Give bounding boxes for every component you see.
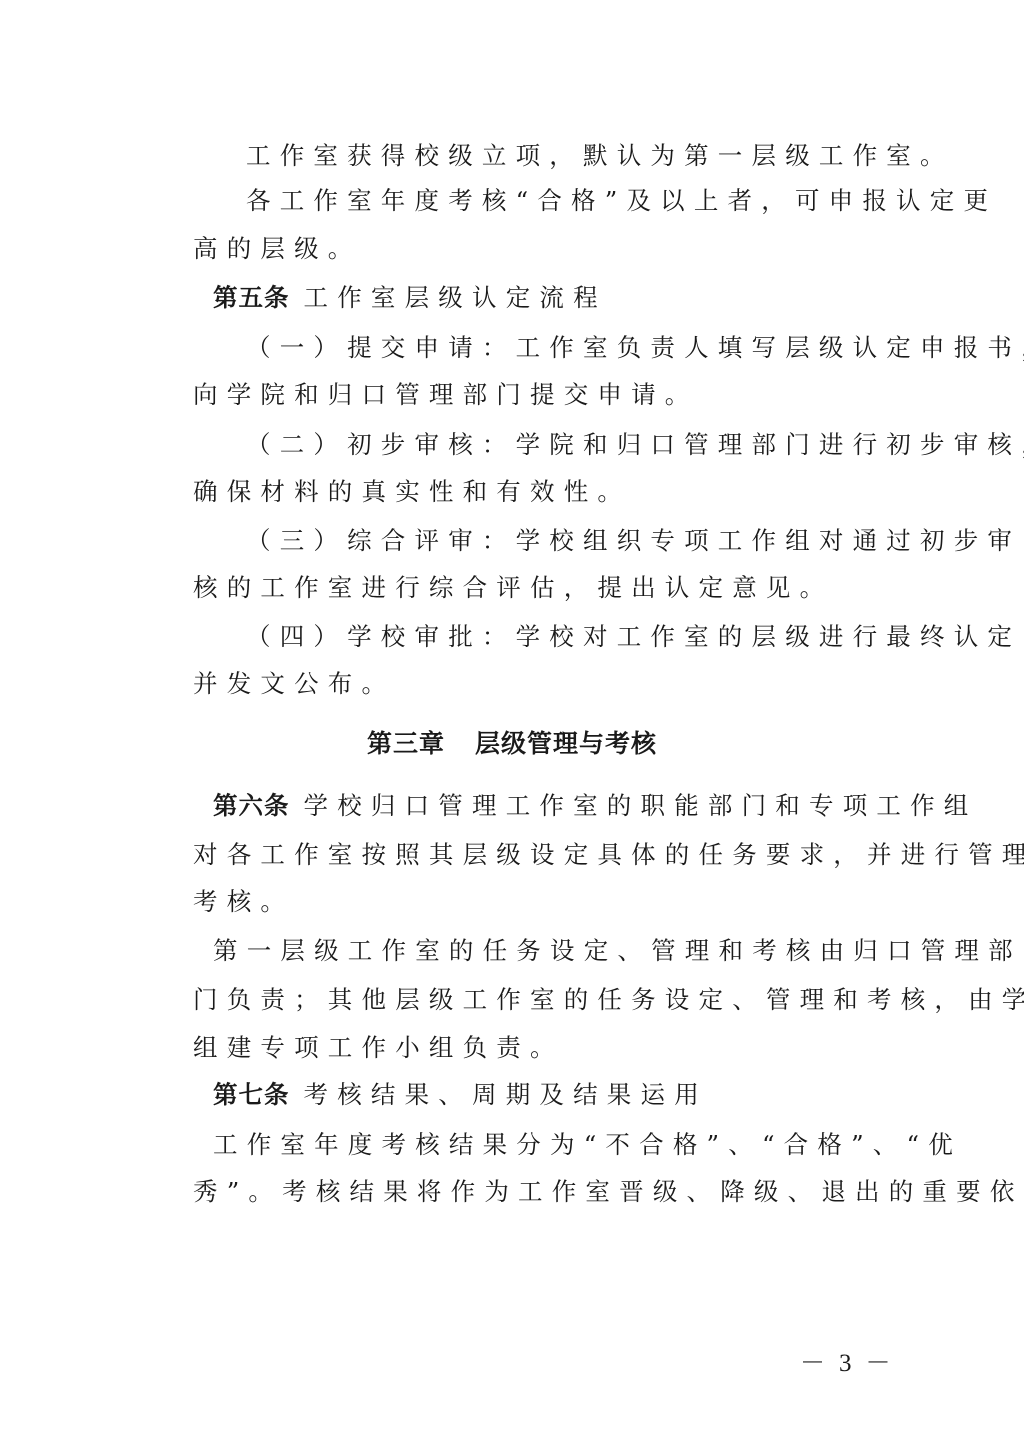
chapter-title: 层级管理与考核 xyxy=(475,729,657,758)
article-6-heading: 第六条学校归口管理工作室的职能部门和专项工作组 xyxy=(213,791,893,821)
paragraph-line: 高的层级。 xyxy=(193,234,873,264)
article-label: 第六条 xyxy=(213,791,290,820)
paragraph-line: 各工作室年度考核“合格”及以上者，可申报认定更 xyxy=(246,186,926,216)
paragraph-line: （二）初步审核：学院和归口管理部门进行初步审核， xyxy=(246,430,926,460)
chapter-heading: 第三章层级管理与考核 xyxy=(0,728,1024,760)
paragraph-line: 确保材料的真实性和有效性。 xyxy=(193,477,873,507)
paragraph-line: 核的工作室进行综合评估，提出认定意见。 xyxy=(193,573,873,603)
paragraph-line: 秀”。考核结果将作为工作室晋级、降级、退出的重要依据。 xyxy=(193,1177,873,1207)
document-page: 工作室获得校级立项，默认为第一层级工作室。 各工作室年度考核“合格”及以上者，可… xyxy=(0,0,1024,1448)
article-label: 第五条 xyxy=(213,283,290,312)
paragraph-line: （一）提交申请：工作室负责人填写层级认定申报书， xyxy=(246,333,926,363)
paragraph-line: （三）综合评审：学校组织专项工作组对通过初步审 xyxy=(246,526,926,556)
article-label: 第七条 xyxy=(213,1080,290,1109)
page-number: －3－ xyxy=(800,1349,905,1379)
paragraph-line: 工作室年度考核结果分为“不合格”、“合格”、“优 xyxy=(213,1130,893,1160)
chapter-number: 第三章 xyxy=(367,729,445,758)
paragraph-line: 工作室获得校级立项，默认为第一层级工作室。 xyxy=(246,141,926,171)
article-title: 考核结果、周期及结果运用 xyxy=(304,1080,708,1109)
paragraph-line: 并发文公布。 xyxy=(193,669,873,699)
article-5-heading: 第五条工作室层级认定流程 xyxy=(213,283,893,313)
article-7-heading: 第七条考核结果、周期及结果运用 xyxy=(213,1080,893,1110)
paragraph-line: 对各工作室按照其层级设定具体的任务要求，并进行管理、 xyxy=(193,840,873,870)
paragraph-line: 向学院和归口管理部门提交申请。 xyxy=(193,380,873,410)
paragraph-line: 组建专项工作小组负责。 xyxy=(193,1033,873,1063)
paragraph-line: 第一层级工作室的任务设定、管理和考核由归口管理部 xyxy=(213,936,893,966)
paragraph-line: （四）学校审批：学校对工作室的层级进行最终认定 xyxy=(246,622,926,652)
article-text: 学校归口管理工作室的职能部门和专项工作组 xyxy=(304,791,978,820)
paragraph-line: 门负责；其他层级工作室的任务设定、管理和考核，由学校 xyxy=(193,985,873,1015)
article-title: 工作室层级认定流程 xyxy=(304,283,607,312)
paragraph-line: 考核。 xyxy=(193,887,873,917)
